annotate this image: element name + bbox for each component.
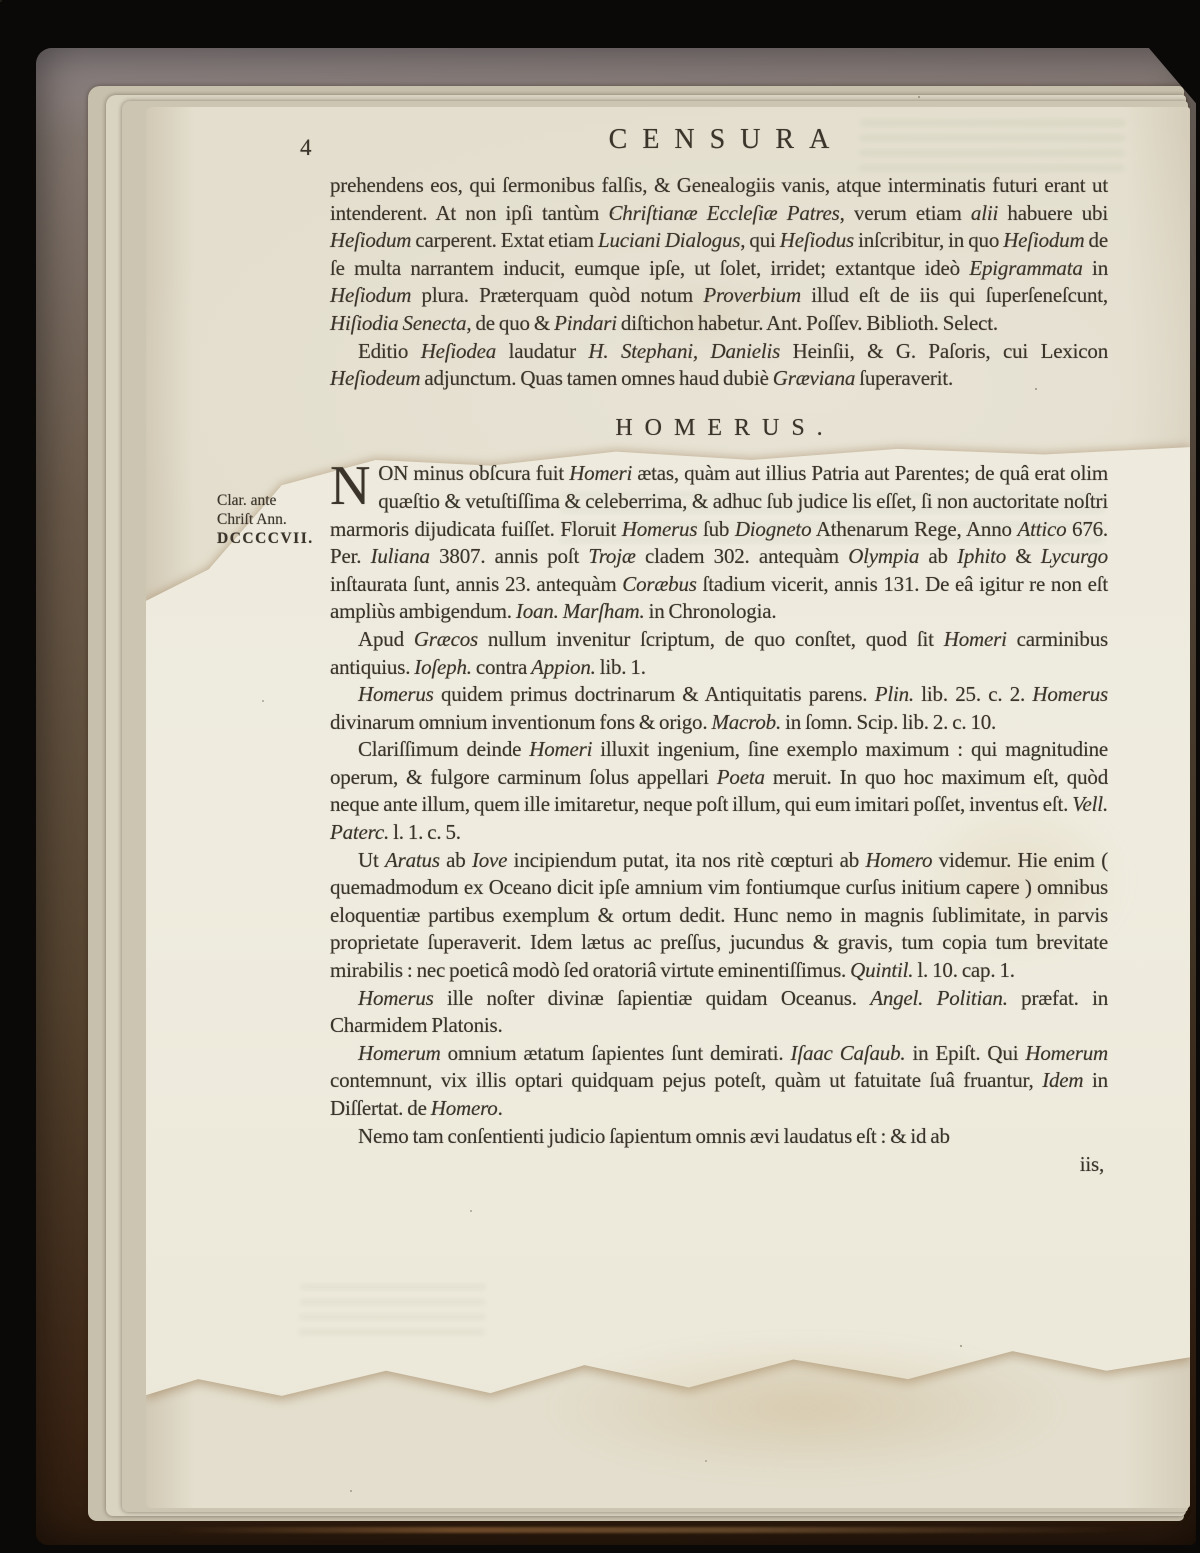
margin-note-line: Clar. ante xyxy=(217,491,321,510)
drop-cap: N xyxy=(330,460,378,509)
margin-note-line: Chriſt Ann. xyxy=(217,510,321,529)
page-number: 4 xyxy=(300,134,311,162)
paragraph-clarissimum: Clariſſimum deinde Homeri illuxit ingeni… xyxy=(330,736,1108,846)
paper-speckles xyxy=(0,0,2,2)
page-header: 4 CENSURA xyxy=(330,126,1108,172)
book-photo: 4 CENSURA prehendens eos, qui ſermonibus… xyxy=(0,0,1200,1553)
paragraph-homerus-ille: Homerus ille noſter divinæ ſapientiæ qui… xyxy=(330,985,1108,1040)
paragraph-text: ON minus obſcura fuit Homeri ætas, quàm … xyxy=(330,461,1108,623)
paragraph-editio: Editio Heſiodea laudatur H. Stephani, Da… xyxy=(330,338,1108,393)
paragraph-homerum-omnium: Homerum omnium ætatum ſapientes ſunt dem… xyxy=(330,1040,1108,1123)
margin-note: Clar. ante Chriſt Ann. DCCCCVII. xyxy=(217,491,321,548)
paragraph-non-minus: NON minus obſcura fuit Homeri ætas, quàm… xyxy=(330,460,1108,626)
homerus-section: HOMERUS. Clar. ante Chriſt Ann. DCCCCVII… xyxy=(330,415,1108,1179)
paragraph-homerus-quidem: Homerus quidem primus doctrinarum & Anti… xyxy=(330,681,1108,736)
running-title: CENSURA xyxy=(330,126,1108,154)
paragraph-apud-graecos: Apud Græcos nullum invenitur ſcriptum, d… xyxy=(330,626,1108,681)
page-text: 4 CENSURA prehendens eos, qui ſermonibus… xyxy=(330,126,1108,1179)
paragraph-ut-aratus: Ut Aratus ab Iove incipiendum putat, ita… xyxy=(330,847,1108,985)
paragraph-prehendens: prehendens eos, qui ſermonibus falſis, &… xyxy=(330,172,1108,338)
paragraph-nemo-tam: Nemo tam conſentienti judicio ſapientum … xyxy=(330,1123,1108,1151)
cover-edge-highlight xyxy=(170,1527,1130,1533)
margin-note-line: DCCCCVII. xyxy=(217,529,321,548)
section-heading: HOMERUS. xyxy=(330,415,1108,443)
catchword: iis, xyxy=(330,1151,1108,1179)
